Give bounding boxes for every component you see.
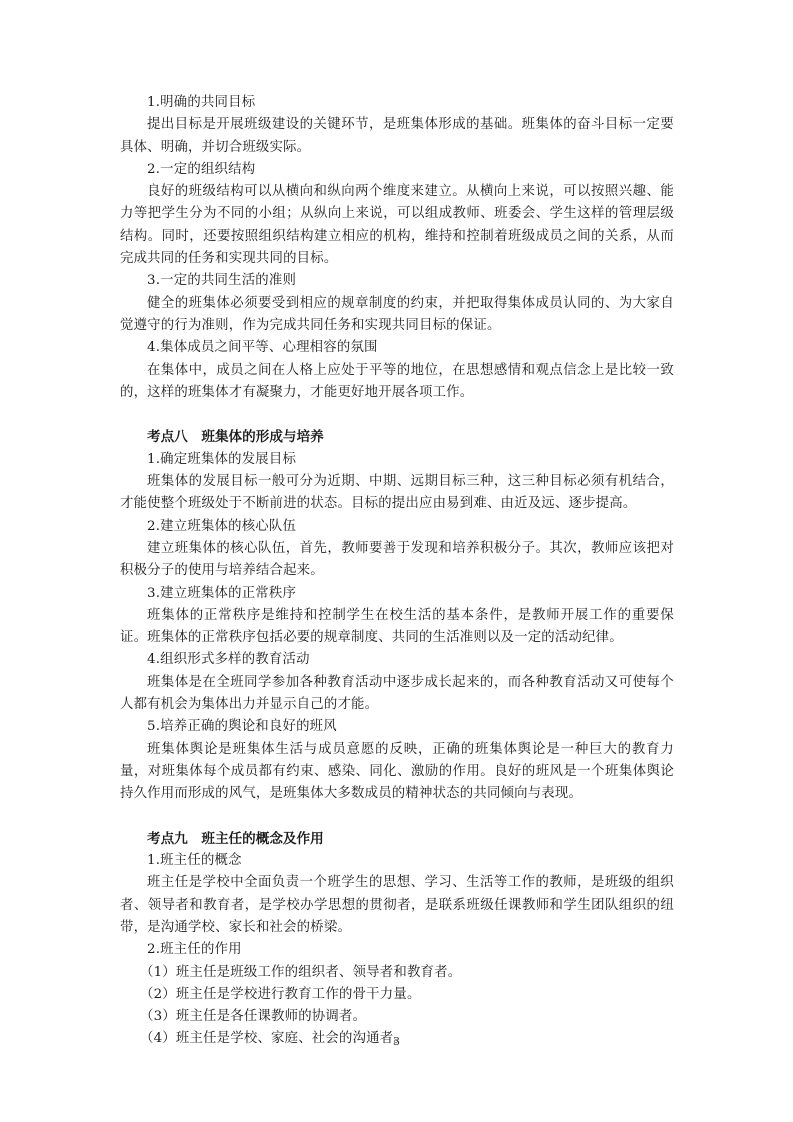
item-title: 4.集体成员之间平等、心理相容的氛围 bbox=[120, 337, 674, 359]
section-heading: 考点八 班集体的形成与培养 bbox=[120, 426, 674, 448]
item-title: 1.确定班集体的发展目标 bbox=[120, 449, 674, 471]
role-list-item: （1）班主任是班级工作的组织者、领导者和教育者。 bbox=[120, 962, 674, 984]
section-7-items: 1.明确的共同目标 提出目标是开展班级建设的关键环节，是班集体形成的基础。班集体… bbox=[120, 92, 674, 404]
item-title: 3.建立班集体的正常秩序 bbox=[120, 583, 674, 605]
item-body: 班集体舆论是班集体生活与成员意愿的反映，正确的班集体舆论是一种巨大的教育力量，对… bbox=[120, 739, 674, 806]
item-title: 3.一定的共同生活的准则 bbox=[120, 270, 674, 292]
item-title: 2.建立班集体的核心队伍 bbox=[120, 516, 674, 538]
item-body: 健全的班集体必须要受到相应的规章制度的约束，并把取得集体成员认同的、为大家自觉遵… bbox=[120, 293, 674, 338]
item-body: 提出目标是开展班级建设的关键环节，是班集体形成的基础。班集体的奋斗目标一定要具体… bbox=[120, 114, 674, 159]
item-title: 5.培养正确的舆论和良好的班风 bbox=[120, 716, 674, 738]
item-body: 班集体的发展目标一般可分为近期、中期、远期目标三种，这三种目标必须有机结合，才能… bbox=[120, 471, 674, 516]
section-9: 考点九 班主任的概念及作用 1.班主任的概念 班主任是学校中全面负责一个班学生的… bbox=[120, 828, 674, 1051]
item-title: 1.班主任的概念 bbox=[120, 850, 674, 872]
item-title: 4.组织形式多样的教育活动 bbox=[120, 649, 674, 671]
page-number: 3 bbox=[0, 1035, 793, 1048]
role-list-item: （3）班主任是各任课教师的协调者。 bbox=[120, 1006, 674, 1028]
item-body: 班主任是学校中全面负责一个班学生的思想、学习、生活等工作的教师，是班级的组织者、… bbox=[120, 872, 674, 939]
item-title: 1.明确的共同目标 bbox=[120, 92, 674, 114]
section-8: 考点八 班集体的形成与培养 1.确定班集体的发展目标 班集体的发展目标一般可分为… bbox=[120, 426, 674, 805]
item-body: 在集体中，成员之间在人格上应处于平等的地位，在思想感情和观点信念上是比较一致的，… bbox=[120, 360, 674, 405]
spacer bbox=[120, 806, 674, 828]
item-body: 建立班集体的核心队伍，首先，教师要善于发现和培养积极分子。其次，教师应该把对积极… bbox=[120, 538, 674, 583]
spacer bbox=[120, 404, 674, 426]
item-title: 2.班主任的作用 bbox=[120, 939, 674, 961]
document-page: 1.明确的共同目标 提出目标是开展班级建设的关键环节，是班集体形成的基础。班集体… bbox=[120, 92, 674, 1051]
item-body: 班集体的正常秩序是维持和控制学生在校生活的基本条件，是教师开展工作的重要保证。班… bbox=[120, 605, 674, 650]
role-list-item: （2）班主任是学校进行教育工作的骨干力量。 bbox=[120, 984, 674, 1006]
item-body: 班集体是在全班同学参加各种教育活动中逐步成长起来的，而各种教育活动又可使每个人都… bbox=[120, 672, 674, 717]
section-heading: 考点九 班主任的概念及作用 bbox=[120, 828, 674, 850]
item-title: 2.一定的组织结构 bbox=[120, 159, 674, 181]
item-body: 良好的班级结构可以从横向和纵向两个维度来建立。从横向上来说，可以按照兴趣、能力等… bbox=[120, 181, 674, 270]
